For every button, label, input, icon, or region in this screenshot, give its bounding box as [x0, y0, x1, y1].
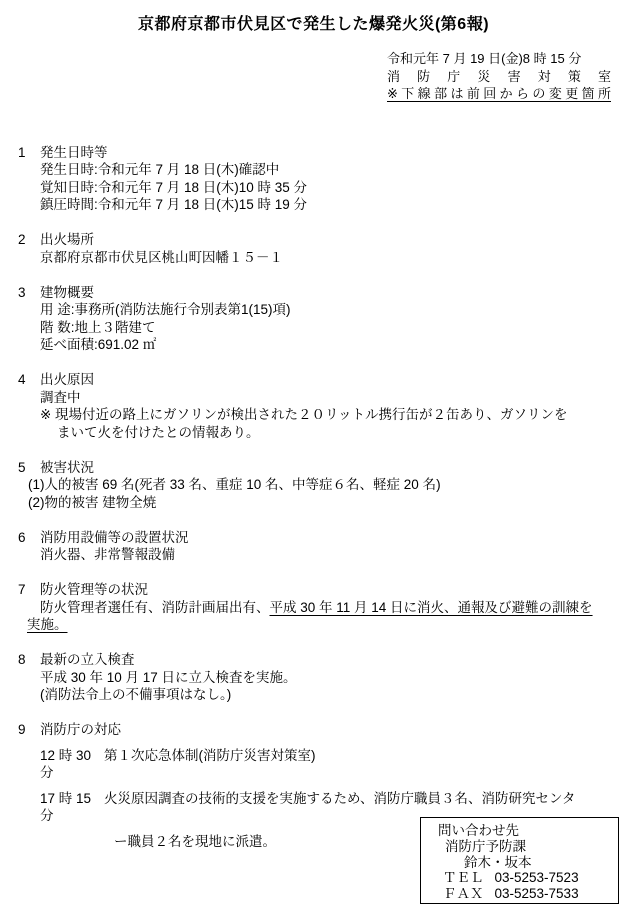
- sections-container: 1 発生日時等 発生日時:令和元年 7 月 18 日(木)確認中 覚知日時:令和…: [0, 144, 627, 851]
- human-damage-line: (1)人的被害 69 名(死者 33 名、重症 10 名、中等症６名、軽症 20…: [28, 476, 627, 494]
- management-training-underlined: 平成 30 年 11 月 14 日に消火、通報及び避難の訓練を: [270, 600, 593, 615]
- header-revision-note: ※下線部は前回からの変更箇所: [387, 85, 611, 103]
- fax-label: ＦＡＸ: [443, 886, 484, 902]
- fire-location-address: 京都府京都市伏見区桃山町因幡１５－１: [40, 249, 627, 267]
- header-block: 令和元年 7 月 19 日(金)8 時 15 分 消防庁災害対策室 ※下線部は前…: [387, 50, 611, 103]
- contact-persons: 鈴木・坂本: [421, 855, 618, 871]
- section-fire-prevention-management: 7 防火管理等の状況 防火管理者選任有、消防計画届出有、平成 30 年 11 月…: [0, 581, 627, 634]
- response-time: 17 時 15 分: [40, 790, 104, 825]
- section-number: 4: [18, 371, 40, 389]
- building-area-line: 延べ面積:691.02 ㎡: [40, 336, 627, 354]
- cause-status-line: 調査中: [40, 389, 627, 407]
- header-datetime: 令和元年 7 月 19 日(金)8 時 15 分: [387, 50, 611, 68]
- section-number: 8: [18, 651, 40, 669]
- building-use-line: 用 途:事務所(消防法施行令別表第1(15)項): [40, 301, 627, 319]
- section-fire-cause: 4 出火原因 調査中 ※ 現場付近の路上にガソリンが検出された２０リットル携行缶…: [0, 371, 627, 441]
- inspection-date-line: 平成 30 年 10 月 17 日に立入検査を実施。: [40, 669, 627, 687]
- response-entry-1: 12 時 30 分 第１次応急体制(消防庁災害対策室): [40, 747, 627, 782]
- section-number: 3: [18, 284, 40, 302]
- management-status-continuation: 実施。: [27, 616, 627, 634]
- cause-note-continuation: まいて火を付けたとの情報あり。: [57, 424, 627, 442]
- response-time: 12 時 30 分: [40, 747, 104, 782]
- section-fire-equipment: 6 消防用設備等の設置状況 消火器、非常警報設備: [0, 529, 627, 564]
- management-status-line: 防火管理者選任有、消防計画届出有、平成 30 年 11 月 14 日に消火、通報…: [40, 599, 627, 617]
- tel-number: 03-5253-7523: [495, 870, 579, 886]
- header-office: 消防庁災害対策室: [387, 68, 611, 86]
- section-number: 9: [18, 721, 40, 739]
- contact-organization: 消防庁予防課: [421, 839, 618, 855]
- section-number: 7: [18, 581, 40, 599]
- tel-label: ＴＥＬ: [443, 870, 484, 886]
- contact-fax-line: ＦＡＸ 03-5253-7533: [421, 886, 618, 902]
- section-heading: 防火管理等の状況: [40, 581, 148, 599]
- section-number: 6: [18, 529, 40, 547]
- page-title: 京都府京都市伏見区で発生した爆発火災(第6報): [0, 15, 627, 35]
- section-occurrence-datetime: 1 発生日時等 発生日時:令和元年 7 月 18 日(木)確認中 覚知日時:令和…: [0, 144, 627, 214]
- suppression-time-line: 鎮圧時間:令和元年 7 月 18 日(木)15 時 19 分: [40, 196, 627, 214]
- section-heading: 出火原因: [40, 371, 94, 389]
- contact-tel-line: ＴＥＬ 03-5253-7523: [421, 870, 618, 886]
- section-building-overview: 3 建物概要 用 途:事務所(消防法施行令別表第1(15)項) 階 数:地上３階…: [0, 284, 627, 354]
- section-heading: 最新の立入検査: [40, 651, 135, 669]
- section-number: 5: [18, 459, 40, 477]
- section-number: 1: [18, 144, 40, 162]
- section-number: 2: [18, 231, 40, 249]
- section-heading: 消防用設備等の設置状況: [40, 529, 189, 547]
- contact-box: 問い合わせ先 消防庁予防課 鈴木・坂本 ＴＥＬ 03-5253-7523 ＦＡＸ…: [420, 817, 619, 904]
- building-floors-line: 階 数:地上３階建て: [40, 319, 627, 337]
- section-heading: 出火場所: [40, 231, 94, 249]
- management-status-normal: 防火管理者選任有、消防計画届出有、: [40, 600, 270, 615]
- section-fire-location: 2 出火場所 京都府京都市伏見区桃山町因幡１５－１: [0, 231, 627, 266]
- section-heading: 被害状況: [40, 459, 94, 477]
- contact-title: 問い合わせ先: [421, 823, 618, 839]
- equipment-list-line: 消火器、非常警報設備: [40, 546, 627, 564]
- section-heading: 建物概要: [40, 284, 94, 302]
- property-damage-line: (2)物的被害 建物全焼: [28, 494, 627, 512]
- inspection-result-line: (消防法令上の不備事項はなし。): [40, 686, 627, 704]
- occurrence-datetime-line: 発生日時:令和元年 7 月 18 日(木)確認中: [40, 161, 627, 179]
- detection-datetime-line: 覚知日時:令和元年 7 月 18 日(木)10 時 35 分: [40, 179, 627, 197]
- response-text: 第１次応急体制(消防庁災害対策室): [104, 747, 316, 782]
- document-page: 京都府京都市伏見区で発生した爆発火災(第6報) 令和元年 7 月 19 日(金)…: [0, 0, 627, 911]
- section-heading: 消防庁の対応: [40, 721, 121, 739]
- fax-number: 03-5253-7533: [495, 886, 579, 902]
- section-latest-inspection: 8 最新の立入検査 平成 30 年 10 月 17 日に立入検査を実施。 (消防…: [0, 651, 627, 704]
- section-damage-status: 5 被害状況 (1)人的被害 69 名(死者 33 名、重症 10 名、中等症６…: [0, 459, 627, 512]
- cause-note-line: ※ 現場付近の路上にガソリンが検出された２０リットル携行缶が２缶あり、ガソリンを: [40, 406, 627, 424]
- section-heading: 発生日時等: [40, 144, 108, 162]
